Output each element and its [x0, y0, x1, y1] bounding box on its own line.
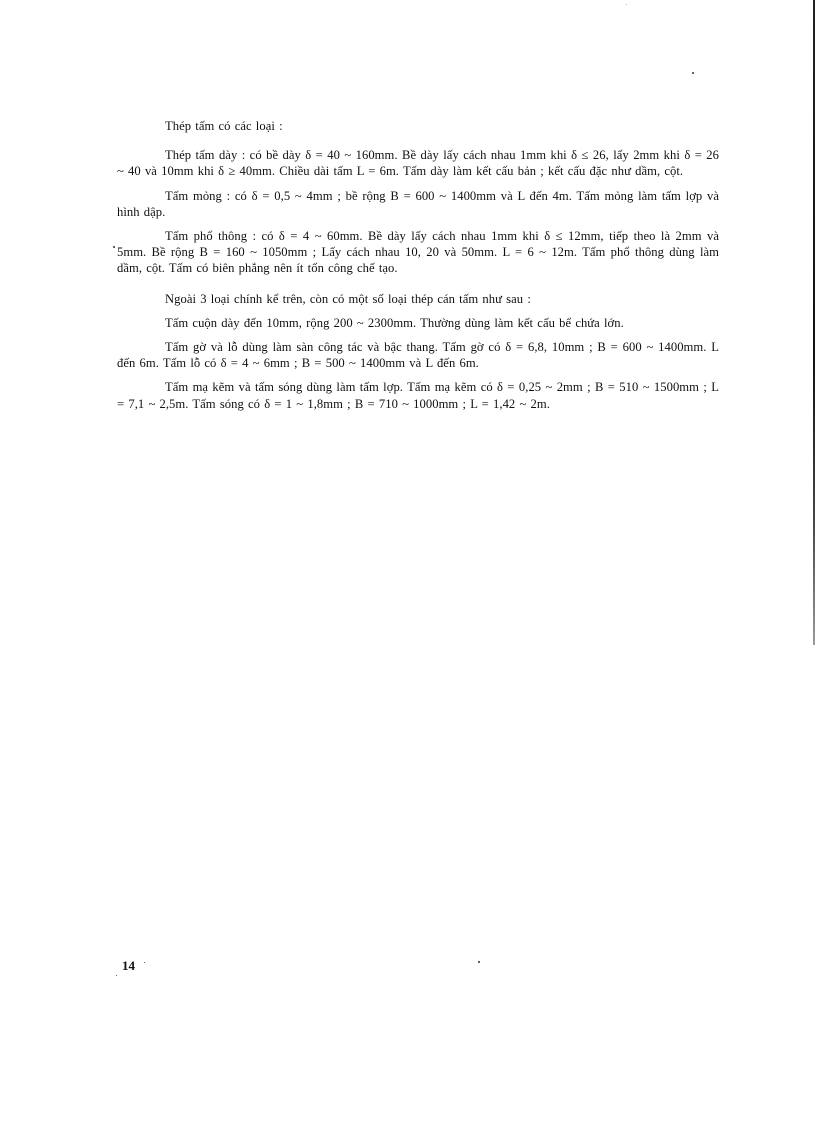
- paragraph-other-types: Ngoài 3 loại chính kể trên, còn có một s…: [117, 291, 719, 307]
- paragraph-thick-plate: Thép tấm dày : có bề dày δ = 40 ~ 160mm.…: [117, 147, 719, 179]
- page-number: 14: [122, 958, 135, 974]
- scan-edge-line: [813, 0, 815, 645]
- scan-speck: [626, 4, 627, 5]
- scan-speck: [116, 975, 117, 976]
- scan-speck: [113, 246, 115, 248]
- scan-speck: [144, 962, 145, 963]
- paragraph-thin-plate: Tấm mỏng : có δ = 0,5 ~ 4mm ; bề rộng B …: [117, 188, 719, 220]
- paragraph-ribbed-perforated-plate: Tấm gờ và lỗ dùng làm sàn công tác và bậ…: [117, 339, 719, 371]
- paragraph-common-plate: Tấm phổ thông : có δ = 4 ~ 60mm. Bề dày …: [117, 228, 719, 277]
- scan-speck: [478, 961, 480, 963]
- paragraph-galvanized-corrugated-plate: Tấm mạ kẽm và tấm sóng dùng làm tấm lợp.…: [117, 379, 719, 411]
- intro-line: Thép tấm có các loại :: [117, 118, 719, 134]
- scan-speck: [692, 72, 694, 74]
- document-page: Thép tấm có các loại : Thép tấm dày : có…: [0, 0, 816, 1123]
- body-text: Thép tấm có các loại : Thép tấm dày : có…: [117, 118, 719, 420]
- paragraph-coiled-plate: Tấm cuộn dày đến 10mm, rộng 200 ~ 2300mm…: [117, 315, 719, 331]
